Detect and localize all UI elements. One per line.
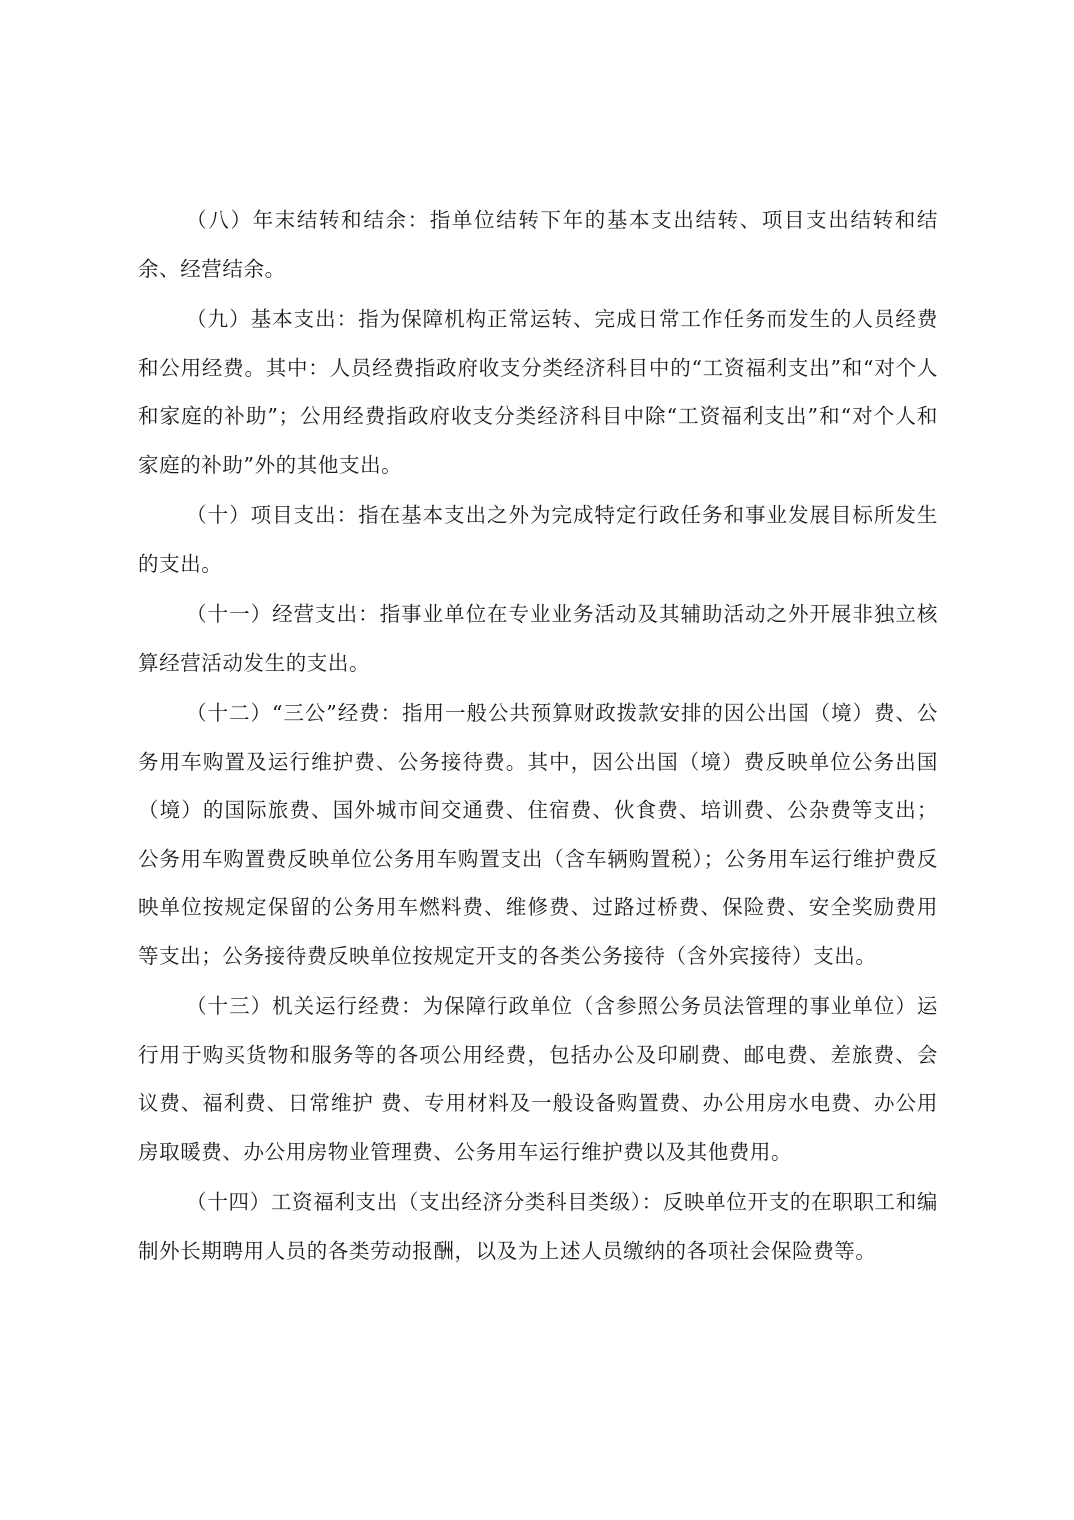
paragraph-basic-expenditure: （九）基本支出：指为保障机构正常运转、完成日常工作任务而发生的人员经费和公用经费…	[138, 295, 938, 489]
paragraph-project-expenditure: （十）项目支出：指在基本支出之外为完成特定行政任务和事业发展目标所发生的支出。	[138, 491, 938, 588]
paragraph-year-end-balance: （八）年末结转和结余：指单位结转下年的基本支出结转、项目支出结转和结余、经营结余…	[138, 196, 938, 293]
paragraph-agency-operating-costs: （十三）机关运行经费：为保障行政单位（含参照公务员法管理的事业单位）运行用于购买…	[138, 982, 938, 1176]
paragraph-three-public-expenses: （十二）“三公”经费：指用一般公共预算财政拨款安排的因公出国（境）费、公务用车购…	[138, 689, 938, 980]
paragraph-salary-welfare-expenditure: （十四）工资福利支出（支出经济分类科目类级）：反映单位开支的在职职工和编制外长期…	[138, 1178, 938, 1275]
document-page: （八）年末结转和结余：指单位结转下年的基本支出结转、项目支出结转和结余、经营结余…	[138, 196, 938, 1277]
paragraph-operating-expenditure: （十一）经营支出：指事业单位在专业业务活动及其辅助活动之外开展非独立核算经营活动…	[138, 590, 938, 687]
